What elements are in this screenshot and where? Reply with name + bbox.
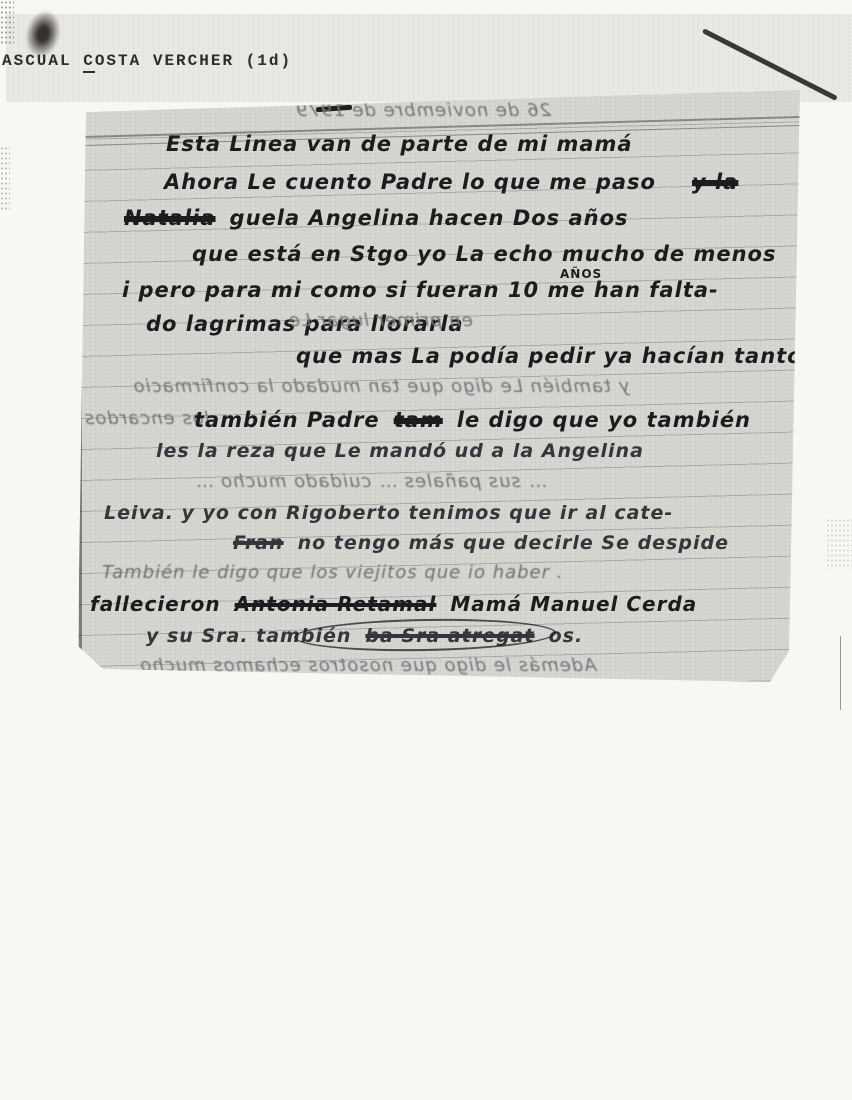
speckle-noise	[826, 518, 852, 570]
handwritten-line: les la reza que Le mandó ud a la Angelin…	[156, 440, 644, 462]
scan-artifact-line	[840, 636, 841, 710]
line-text: os.	[549, 625, 584, 647]
handwritten-line: Ahora Le cuento Padre lo que me pasoy la	[164, 170, 738, 194]
speckle-noise	[0, 0, 14, 46]
line-text: también Padre	[194, 408, 380, 432]
line-text: Ahora Le cuento Padre lo que me paso	[164, 170, 656, 194]
bleedthrough-line: … sus pañales … cuidado mucho …	[98, 471, 643, 492]
note-card: 26 de noviembre de 1979 Esta Linea van d…	[78, 88, 802, 686]
handwritten-line: Nataliaguela Angelina hacen Dos años	[124, 206, 629, 230]
handwritten-line: que está en Stgo yo La echo mucho de men…	[192, 242, 776, 266]
bleedthrough-line: Además le digo que nosotros echamos much…	[123, 655, 613, 676]
scanned-document-page: ASCUAL COSTA VERCHER (1d) 26 de noviembr…	[0, 0, 852, 1100]
handwritten-line: Leiva. y yo con Rigoberto tenimos que ir…	[104, 502, 673, 524]
crossed-out-word: tam	[394, 408, 443, 432]
line-text: Mamá Manuel Cerda	[450, 592, 697, 616]
bleedthrough-line: y también Le digo que tan mudado la conf…	[86, 376, 676, 397]
handwritten-line: i pero para mi como si fueran 10 me han …	[122, 278, 719, 302]
line-text: le digo que yo también	[457, 408, 751, 432]
line-text: fallecieron	[90, 592, 221, 616]
bleedthrough-date-line: 26 de noviembre de 1979	[198, 100, 648, 121]
handwritten-line: fallecieronAntonia RetamalMamá Manuel Ce…	[90, 592, 697, 616]
handwritten-line: Esta Linea van de parte de mi mamá	[166, 132, 633, 156]
bleedthrough-overlay: en primer lugar Le	[288, 310, 473, 331]
crossed-out-word: y la	[692, 170, 738, 194]
superscript-annotation: AÑOS	[560, 267, 602, 281]
speckle-noise	[0, 146, 10, 210]
handwritten-line: que mas La podía pedir ya hacían tanto	[296, 344, 803, 368]
card-left-edge-shadow	[79, 118, 82, 658]
handwritten-line: Franno tengo más que decirle Se despide	[233, 532, 729, 554]
handwritten-line: también Padretamle digo que yo también	[194, 408, 751, 432]
crossed-out-name: Antonia Retamal	[235, 592, 437, 616]
bleedthrough-line: También le digo que los viejitos que io …	[102, 562, 563, 583]
crossed-out-word: Fran	[233, 532, 284, 554]
header-underlined-letter: C	[83, 52, 95, 73]
line-text: no tengo más que decirle Se despide	[298, 532, 729, 554]
bleedthrough-fragment: los encardos	[84, 408, 210, 429]
line-text: guela Angelina hacen Dos años	[230, 206, 629, 230]
header-text-rest: OSTA VERCHER (1d)	[95, 52, 292, 70]
crossed-out-word: Natalia	[124, 206, 216, 230]
